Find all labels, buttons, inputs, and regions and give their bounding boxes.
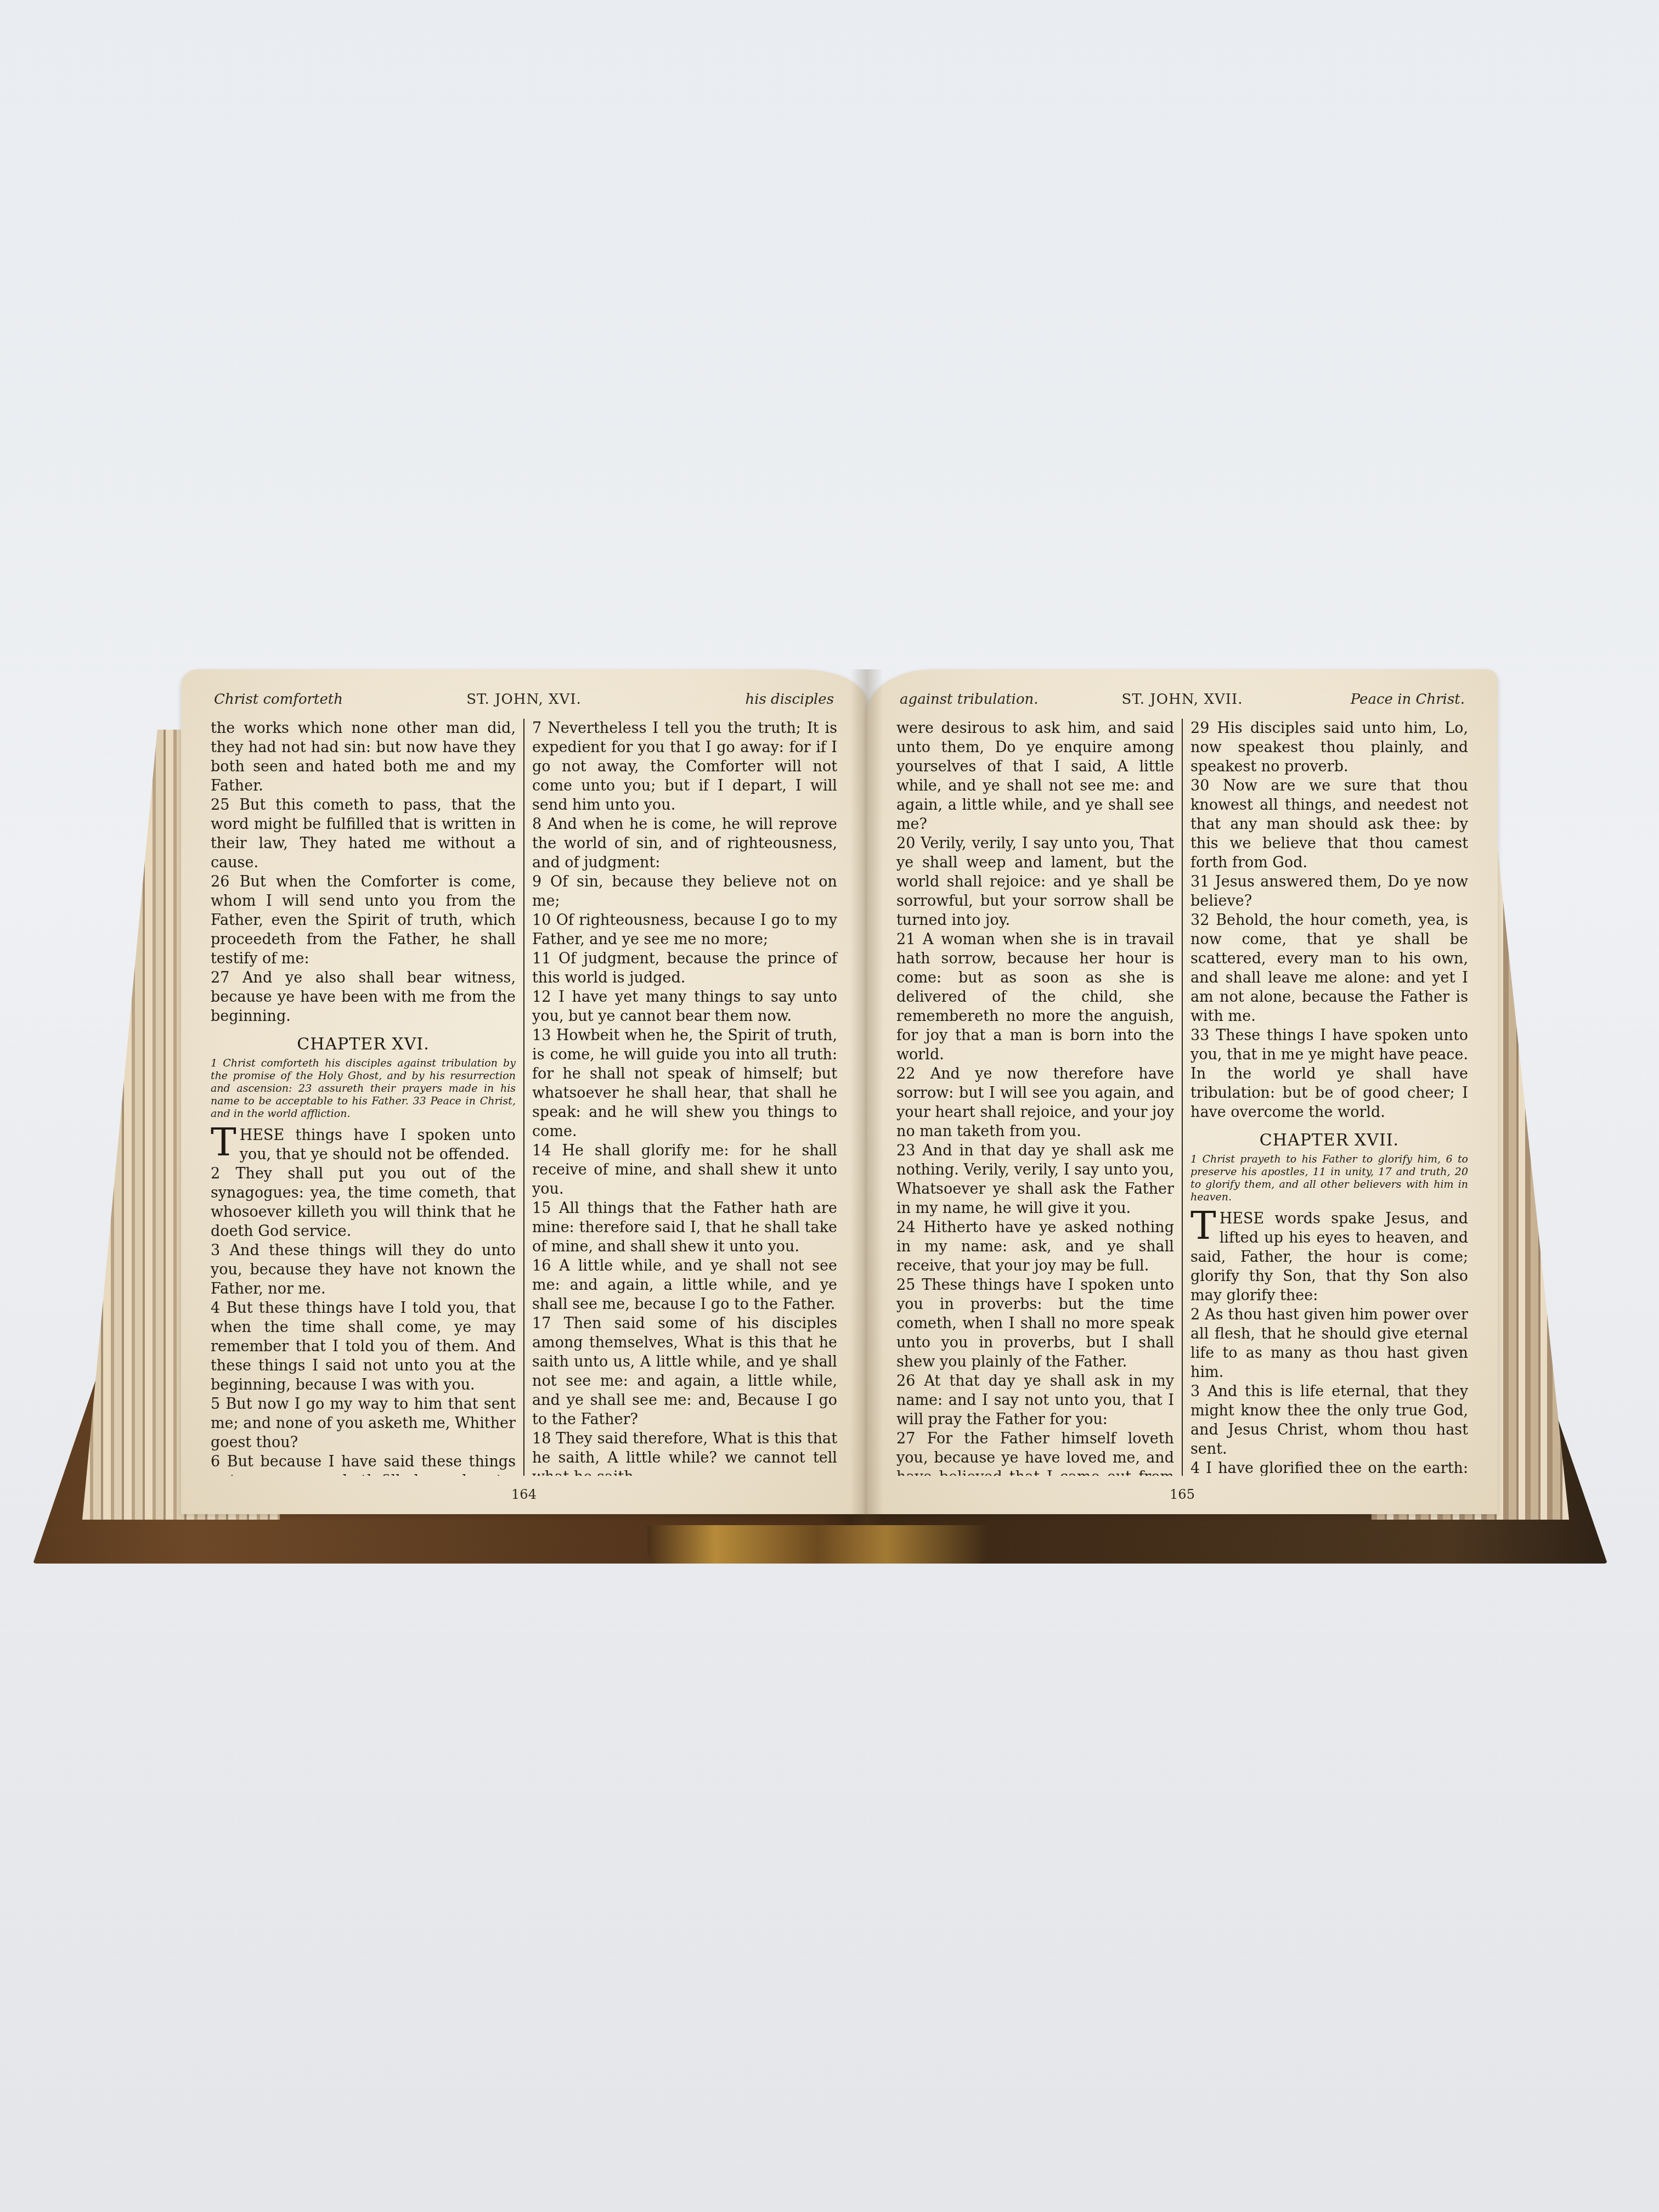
verse: 29 His disciples said unto him, Lo, now … bbox=[1190, 719, 1468, 776]
verse: 4 But these things have I told you, that… bbox=[211, 1299, 516, 1395]
verse: 5 But now I go my way to him that sent m… bbox=[211, 1395, 516, 1452]
verse: 31 Jesus answered them, Do ye now believ… bbox=[1190, 872, 1468, 911]
verse: were desirous to ask him, and said unto … bbox=[896, 719, 1174, 834]
verse: 32 Behold, the hour cometh, yea, is now … bbox=[1190, 911, 1468, 1026]
verse: 2 They shall put you out of the synagogu… bbox=[211, 1164, 516, 1241]
verse: 14 He shall glorify me: for he shall rec… bbox=[532, 1141, 837, 1199]
verse: 24 Hitherto have ye asked nothing in my … bbox=[896, 1218, 1174, 1276]
drop-cap: T bbox=[1190, 1209, 1216, 1242]
verse: 26 At that day ye shall ask in my name: … bbox=[896, 1372, 1174, 1429]
chapter-title: CHAPTER XVI. bbox=[211, 1035, 516, 1054]
verse: the works which none other man did, they… bbox=[211, 719, 516, 795]
verse: 25 These things have I spoken unto you i… bbox=[896, 1276, 1174, 1372]
page-gutter bbox=[850, 669, 883, 1525]
page-number: 164 bbox=[181, 1487, 867, 1502]
verse: 8 And when he is come, he will reprove t… bbox=[532, 815, 837, 872]
left-page: Christ comforteth ST. JOHN, XVI. his dis… bbox=[181, 669, 867, 1514]
running-head-right: his disciples bbox=[745, 691, 834, 708]
verse: 13 Howbeit when he, the Spirit of truth,… bbox=[532, 1026, 837, 1141]
verse: 21 A woman when she is in travail hath s… bbox=[896, 930, 1174, 1064]
verse: 7 Nevertheless I tell you the truth; It … bbox=[532, 719, 837, 815]
verse: 27 And ye also shall bear witness, becau… bbox=[211, 968, 516, 1026]
verse: 15 All things that the Father hath are m… bbox=[532, 1199, 837, 1256]
verse: 3 And these things will they do unto you… bbox=[211, 1241, 516, 1299]
verse: 23 And in that day ye shall ask me nothi… bbox=[896, 1141, 1174, 1218]
right-page-column-1: were desirous to ask him, and said unto … bbox=[889, 719, 1182, 1476]
verse: 2 As thou hast given him power over all … bbox=[1190, 1305, 1468, 1382]
verse: 26 But when the Comforter is come, whom … bbox=[211, 872, 516, 968]
verse: 25 But this cometh to pass, that the wor… bbox=[211, 795, 516, 872]
verse: 33 These things I have spoken unto you, … bbox=[1190, 1026, 1468, 1122]
verse: 6 But because I have said these things u… bbox=[211, 1452, 516, 1476]
verse: 17 Then said some of his disciples among… bbox=[532, 1314, 837, 1429]
verse: 9 Of sin, because they believe not on me… bbox=[532, 872, 837, 911]
verse: 20 Verily, verily, I say unto you, That … bbox=[896, 834, 1174, 930]
verse: 22 And ye now therefore have sorrow: but… bbox=[896, 1064, 1174, 1141]
verse: 4 I have glorified thee on the earth: I … bbox=[1190, 1459, 1468, 1476]
verse: 12 I have yet many things to say unto yo… bbox=[532, 988, 837, 1026]
verse: 3 And this is life eternal, that they mi… bbox=[1190, 1382, 1468, 1459]
verse: HESE words spake Jesus, and lifted up hi… bbox=[1190, 1210, 1468, 1304]
open-book: Christ comforteth ST. JOHN, XVI. his dis… bbox=[33, 658, 1607, 1569]
right-page-column-2: 29 His disciples said unto him, Lo, now … bbox=[1182, 719, 1476, 1476]
left-page-column-2: 7 Nevertheless I tell you the truth; It … bbox=[523, 719, 845, 1476]
chapter-title: CHAPTER XVII. bbox=[1190, 1131, 1468, 1150]
running-head: Christ comforteth ST. JOHN, XVI. his dis… bbox=[214, 691, 834, 713]
left-page-column-1: the works which none other man did, they… bbox=[203, 719, 523, 1476]
verse: HESE things have I spoken unto you, that… bbox=[240, 1127, 516, 1163]
running-head-right: Peace in Christ. bbox=[1351, 691, 1465, 708]
verse: 18 They said therefore, What is this tha… bbox=[532, 1429, 837, 1476]
running-head: against tribulation. ST. JOHN, XVII. Pea… bbox=[900, 691, 1465, 713]
right-page: against tribulation. ST. JOHN, XVII. Pea… bbox=[867, 669, 1498, 1514]
verse: 11 Of judgment, because the prince of th… bbox=[532, 949, 837, 988]
verse: 30 Now are we sure that thou knowest all… bbox=[1190, 776, 1468, 872]
running-head-center: ST. JOHN, XVI. bbox=[214, 691, 834, 708]
chapter-summary: 1 Christ prayeth to his Father to glorif… bbox=[1190, 1153, 1468, 1204]
book-spine bbox=[647, 1525, 988, 1564]
verse: 10 Of righteousness, because I go to my … bbox=[532, 911, 837, 949]
page-number: 165 bbox=[867, 1487, 1498, 1502]
verse: 27 For the Father himself loveth you, be… bbox=[896, 1429, 1174, 1476]
drop-cap: T bbox=[211, 1126, 236, 1159]
verse: 16 A little while, and ye shall not see … bbox=[532, 1256, 837, 1314]
chapter-summary: 1 Christ comforteth his disciples agains… bbox=[211, 1057, 516, 1120]
